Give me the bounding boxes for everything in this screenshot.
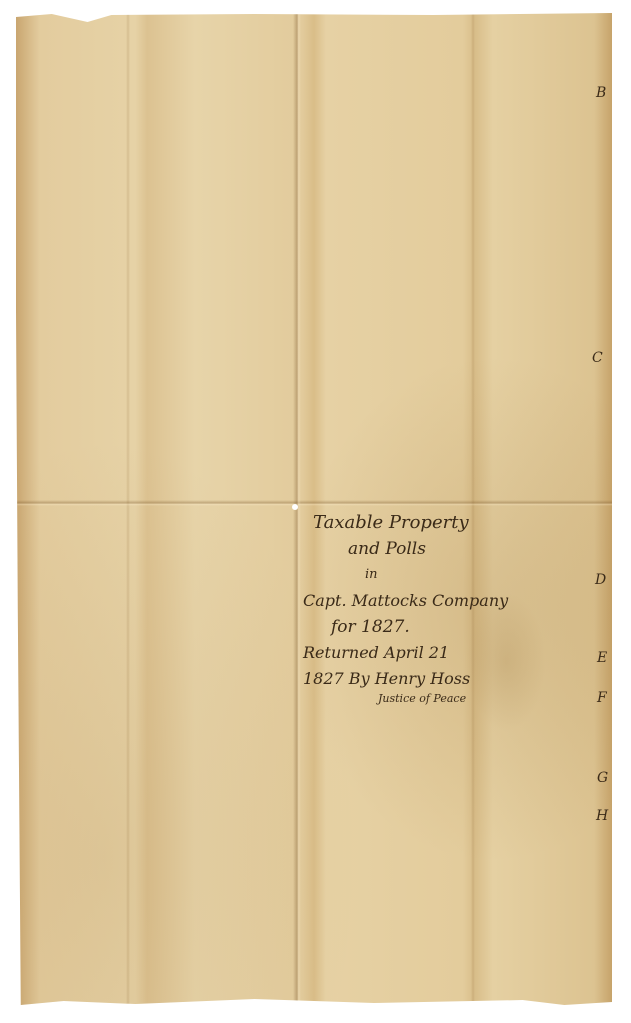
docket-line: in xyxy=(303,562,493,588)
margin-letter-d: D xyxy=(595,572,606,588)
docket-line: Taxable Property xyxy=(303,510,493,536)
margin-letter-g: G xyxy=(597,770,608,786)
margin-letter-e: E xyxy=(597,650,607,666)
crease xyxy=(126,12,130,1007)
docket-line: 1827 By Henry Hoss xyxy=(303,666,493,692)
docket-text: Taxable Property and Polls in Capt. Matt… xyxy=(303,510,493,706)
docket-line: Justice of Peace xyxy=(303,692,493,706)
docket-line: for 1827. xyxy=(303,614,493,640)
margin-letter-c: C xyxy=(592,350,603,366)
margin-letter-b: B xyxy=(596,85,606,101)
margin-letter-h: H xyxy=(596,808,608,824)
docket-line: Returned April 21 xyxy=(303,640,493,666)
horizontal-fold xyxy=(16,500,612,506)
docket-line: Capt. Mattocks Company xyxy=(303,588,493,614)
margin-letter-f: F xyxy=(597,690,607,706)
docket-line: and Polls xyxy=(303,536,493,562)
fold-hole xyxy=(292,504,298,510)
